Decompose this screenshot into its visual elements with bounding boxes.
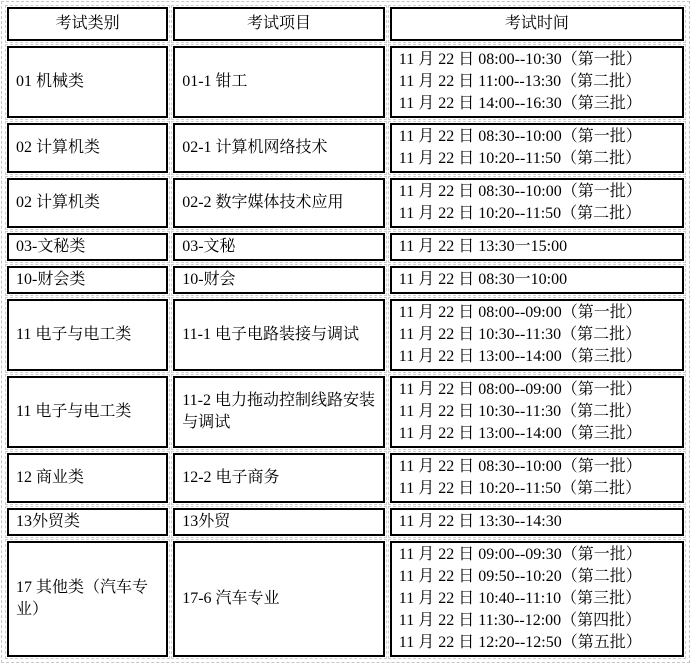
time-slot: 11 月 22 日 13:00--14:00（第三批） — [399, 346, 675, 368]
category-cell: 02 计算机类 — [7, 178, 168, 228]
times-cell: 11 月 22 日 13:30一15:00 — [390, 233, 684, 261]
project-cell: 12-2 电子商务 — [173, 453, 385, 503]
time-slot: 11 月 22 日 12:20--12:50（第五批） — [399, 632, 675, 654]
category-cell: 11 电子与电工类 — [7, 299, 168, 371]
project-cell: 17-6 汽车专业 — [173, 541, 385, 657]
category-cell: 17 其他类（汽车专业） — [7, 541, 168, 657]
time-slot: 11 月 22 日 08:30一10:00 — [399, 269, 675, 291]
times-cell: 11 月 22 日 13:30--14:30 — [390, 508, 684, 536]
table-row: 12 商业类12-2 电子商务11 月 22 日 08:30--10:00（第一… — [7, 453, 684, 503]
times-cell: 11 月 22 日 08:30--10:00（第一批）11 月 22 日 10:… — [390, 123, 684, 173]
header-exam-time: 考试时间 — [390, 7, 684, 41]
times-cell: 11 月 22 日 08:00--10:30（第一批）11 月 22 日 11:… — [390, 46, 684, 118]
project-cell: 13外贸 — [173, 508, 385, 536]
time-slot: 11 月 22 日 10:30--11:30（第二批） — [399, 324, 675, 346]
table-row: 13外贸类13外贸11 月 22 日 13:30--14:30 — [7, 508, 684, 536]
table-row: 02 计算机类02-2 数字媒体技术应用11 月 22 日 08:30--10:… — [7, 178, 684, 228]
table-row: 10-财会类10-财会11 月 22 日 08:30一10:00 — [7, 266, 684, 294]
time-slot: 11 月 22 日 09:50--10:20（第二批） — [399, 566, 675, 588]
time-slot: 11 月 22 日 08:00--09:00（第一批） — [399, 379, 675, 401]
times-cell: 11 月 22 日 08:00--09:00（第一批）11 月 22 日 10:… — [390, 299, 684, 371]
times-cell: 11 月 22 日 08:30--10:00（第一批）11 月 22 日 10:… — [390, 453, 684, 503]
time-slot: 11 月 22 日 11:00--13:30（第二批） — [399, 71, 675, 93]
exam-schedule-page: 考试类别 考试项目 考试时间 01 机械类01-1 钳工11 月 22 日 08… — [0, 0, 691, 665]
times-cell: 11 月 22 日 08:30--10:00（第一批）11 月 22 日 10:… — [390, 178, 684, 228]
category-cell: 11 电子与电工类 — [7, 376, 168, 448]
times-cell: 11 月 22 日 08:00--09:00（第一批）11 月 22 日 10:… — [390, 376, 684, 448]
time-slot: 11 月 22 日 08:00--10:30（第一批） — [399, 49, 675, 71]
time-slot: 11 月 22 日 08:30--10:00（第一批） — [399, 456, 675, 478]
project-cell: 10-财会 — [173, 266, 385, 294]
project-cell: 01-1 钳工 — [173, 46, 385, 118]
time-slot: 11 月 22 日 10:20--11:50（第二批） — [399, 148, 675, 170]
time-slot: 11 月 22 日 08:00--09:00（第一批） — [399, 302, 675, 324]
category-cell: 10-财会类 — [7, 266, 168, 294]
time-slot: 11 月 22 日 08:30--10:00（第一批） — [399, 126, 675, 148]
time-slot: 11 月 22 日 10:20--11:50（第二批） — [399, 203, 675, 225]
category-cell: 02 计算机类 — [7, 123, 168, 173]
table-row: 02 计算机类02-1 计算机网络技术11 月 22 日 08:30--10:0… — [7, 123, 684, 173]
time-slot: 11 月 22 日 14:00--16:30（第三批） — [399, 93, 675, 115]
project-cell: 11-2 电力拖动控制线路安装与调试 — [173, 376, 385, 448]
time-slot: 11 月 22 日 13:00--14:00（第三批） — [399, 423, 675, 445]
time-slot: 11 月 22 日 10:30--11:30（第二批） — [399, 401, 675, 423]
table-row: 01 机械类01-1 钳工11 月 22 日 08:00--10:30（第一批）… — [7, 46, 684, 118]
table-row: 17 其他类（汽车专业）17-6 汽车专业11 月 22 日 09:00--09… — [7, 541, 684, 657]
project-cell: 11-1 电子电路装接与调试 — [173, 299, 385, 371]
header-exam-category: 考试类别 — [7, 7, 168, 41]
project-cell: 02-2 数字媒体技术应用 — [173, 178, 385, 228]
exam-schedule-table: 考试类别 考试项目 考试时间 01 机械类01-1 钳工11 月 22 日 08… — [1, 1, 690, 663]
category-cell: 12 商业类 — [7, 453, 168, 503]
header-exam-project: 考试项目 — [173, 7, 385, 41]
table-row: 11 电子与电工类11-1 电子电路装接与调试11 月 22 日 08:00--… — [7, 299, 684, 371]
table-header: 考试类别 考试项目 考试时间 — [7, 7, 684, 41]
time-slot: 11 月 22 日 10:40--11:10（第三批） — [399, 588, 675, 610]
time-slot: 11 月 22 日 10:20--11:50（第二批） — [399, 478, 675, 500]
time-slot: 11 月 22 日 11:30--12:00（第四批） — [399, 610, 675, 632]
time-slot: 11 月 22 日 13:30--14:30 — [399, 511, 675, 533]
category-cell: 03-文秘类 — [7, 233, 168, 261]
category-cell: 01 机械类 — [7, 46, 168, 118]
header-row: 考试类别 考试项目 考试时间 — [7, 7, 684, 41]
time-slot: 11 月 22 日 13:30一15:00 — [399, 236, 675, 258]
times-cell: 11 月 22 日 09:00--09:30（第一批）11 月 22 日 09:… — [390, 541, 684, 657]
category-cell: 13外贸类 — [7, 508, 168, 536]
times-cell: 11 月 22 日 08:30一10:00 — [390, 266, 684, 294]
table-body: 01 机械类01-1 钳工11 月 22 日 08:00--10:30（第一批）… — [7, 46, 684, 657]
table-row: 03-文秘类03-文秘11 月 22 日 13:30一15:00 — [7, 233, 684, 261]
project-cell: 03-文秘 — [173, 233, 385, 261]
project-cell: 02-1 计算机网络技术 — [173, 123, 385, 173]
time-slot: 11 月 22 日 09:00--09:30（第一批） — [399, 544, 675, 566]
table-row: 11 电子与电工类11-2 电力拖动控制线路安装与调试11 月 22 日 08:… — [7, 376, 684, 448]
time-slot: 11 月 22 日 08:30--10:00（第一批） — [399, 181, 675, 203]
